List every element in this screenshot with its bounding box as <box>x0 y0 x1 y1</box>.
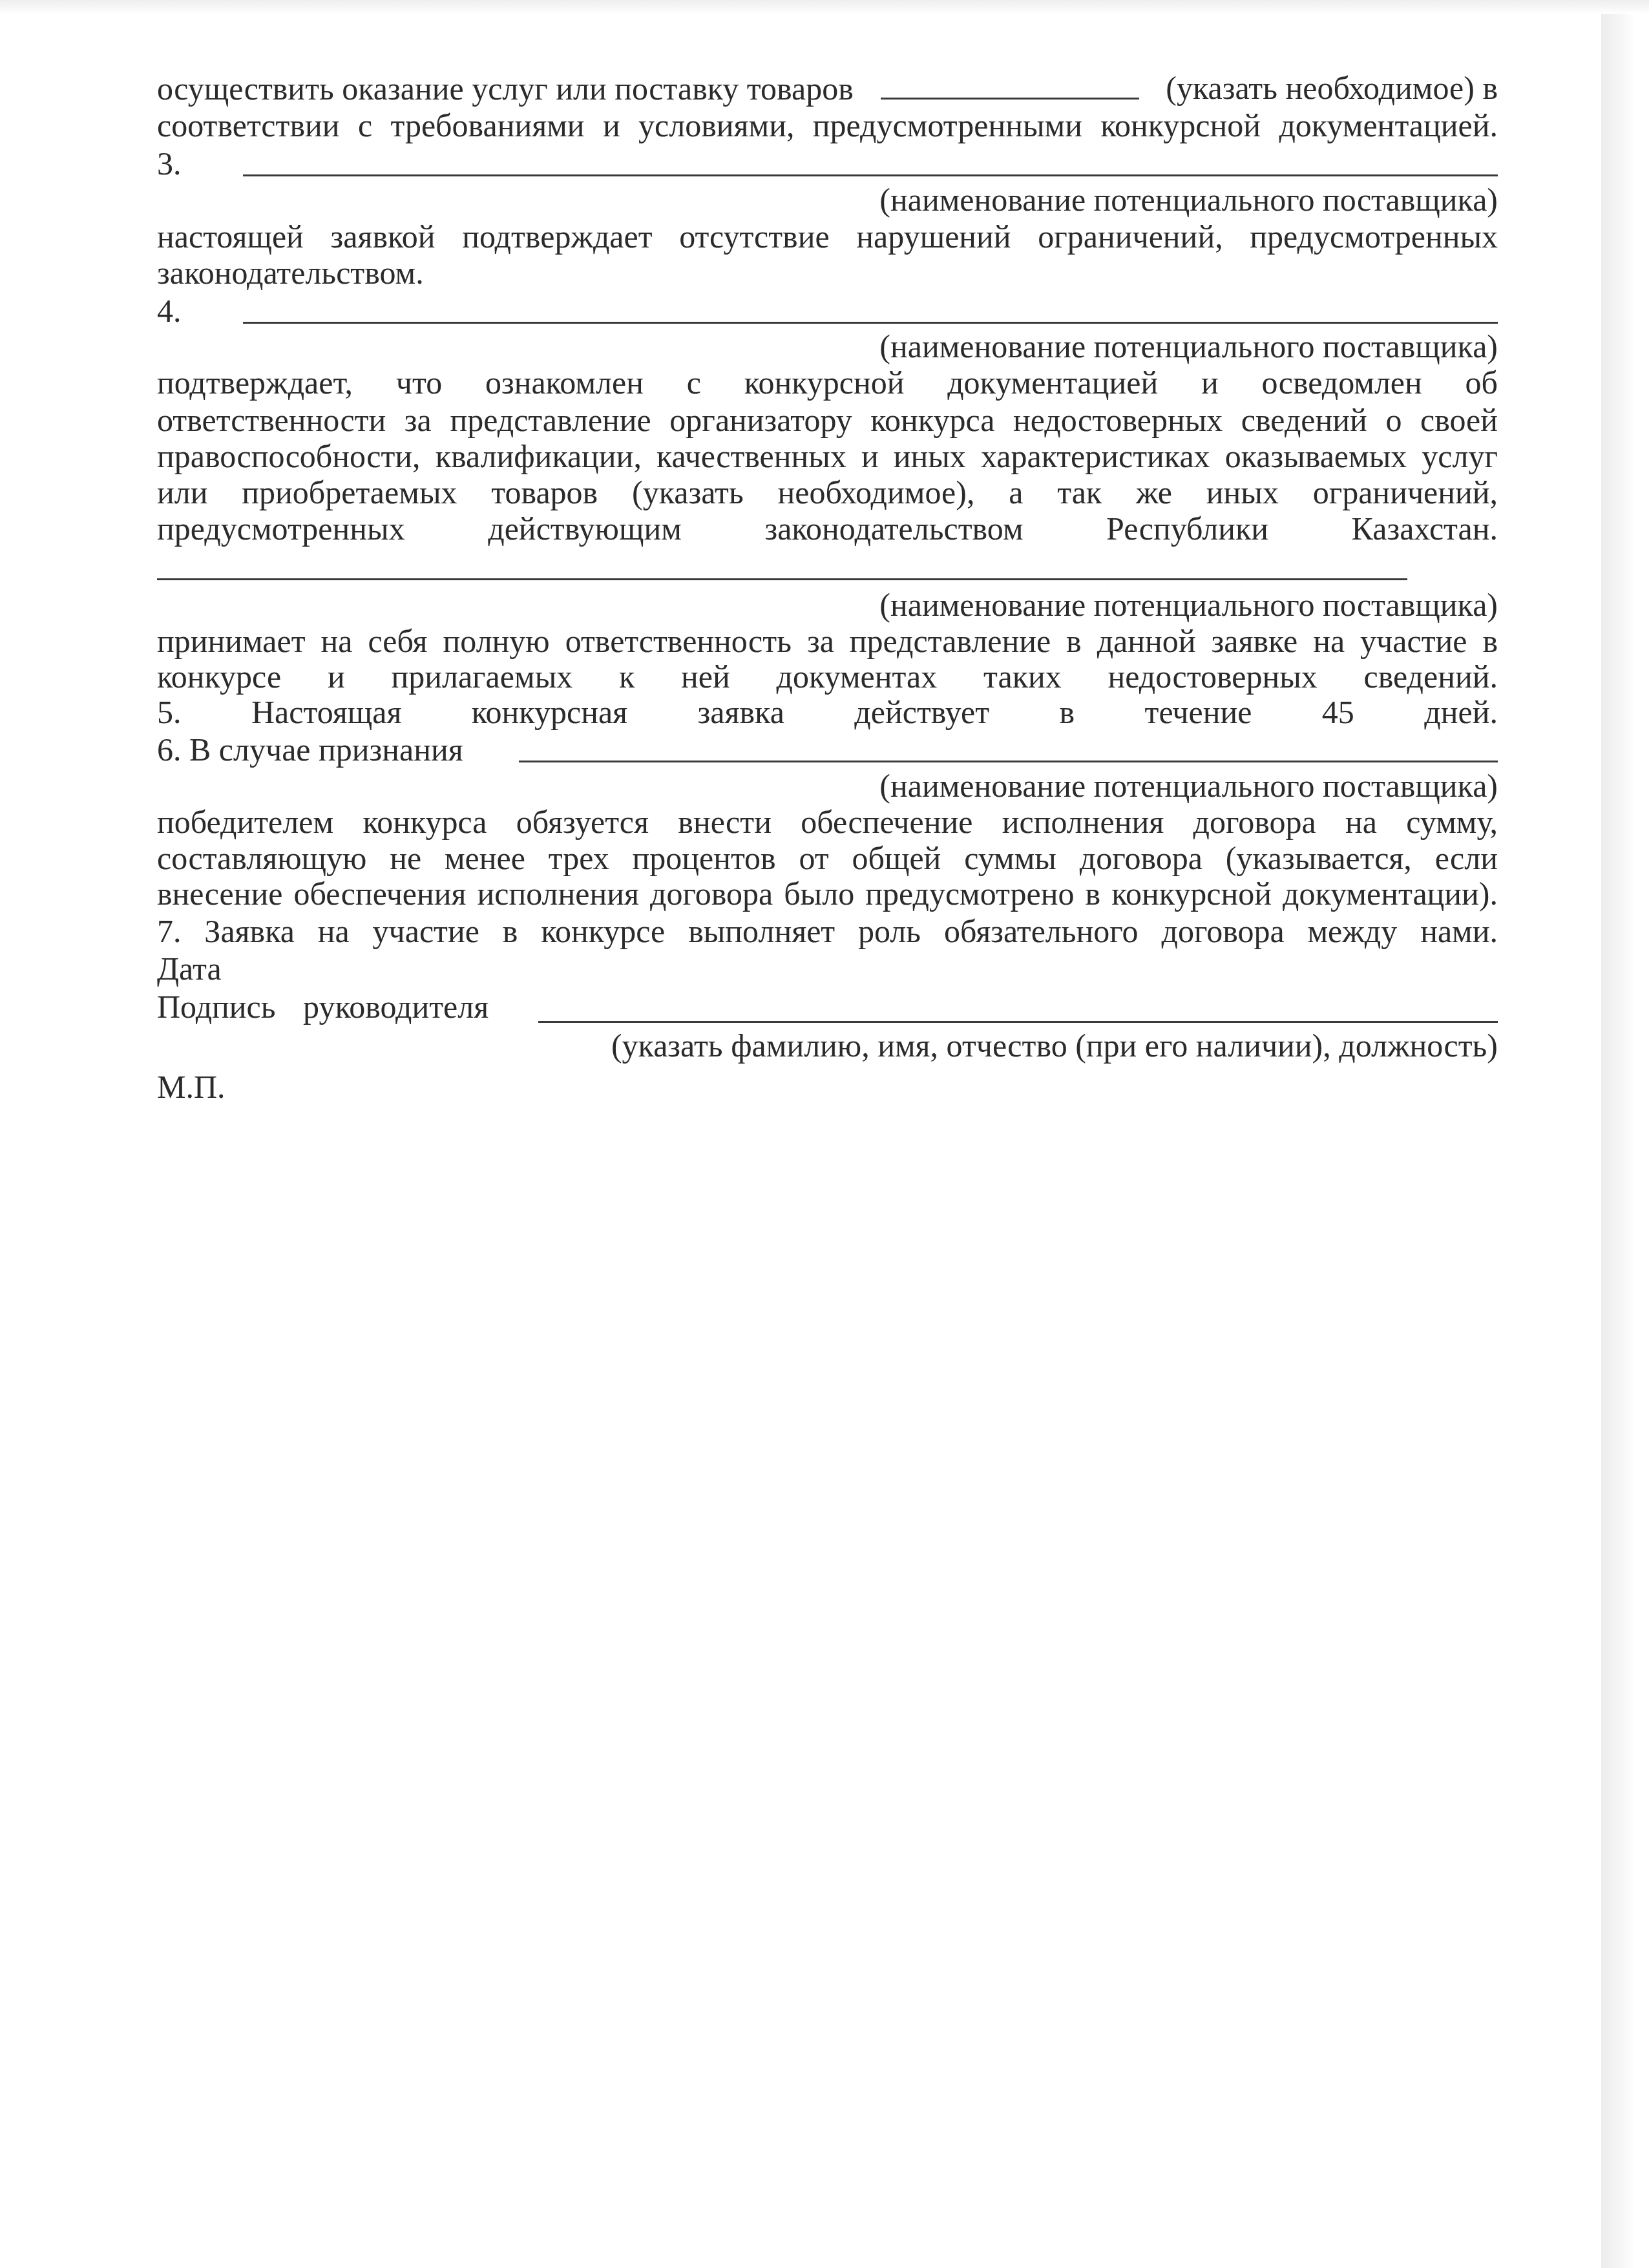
paragraph-line: подтверждает, что ознакомлен с конкурсно… <box>157 364 1498 401</box>
scan-right-edge <box>1601 14 1635 2268</box>
date-label: Дата <box>157 950 1498 987</box>
supplier-caption: (наименование потенциального поставщика) <box>157 181 1498 218</box>
text-segment: 6. В случае признания <box>157 731 463 768</box>
item-7-line: 7. Заявка на участие в конкурсе выполняе… <box>157 912 1498 950</box>
supplier-name-field-3[interactable] <box>243 174 1498 176</box>
paragraph-line: ответственности за представление организ… <box>157 401 1498 439</box>
signature-field[interactable] <box>538 1021 1498 1023</box>
paragraph-line: конкурсе и прилагаемых к ней документах … <box>157 658 1498 695</box>
paragraph-line: предусмотренных действующим законодатель… <box>157 510 1498 547</box>
item-4-line: 4. <box>157 292 1498 330</box>
item-6-line: 6. В случае признания <box>157 731 1498 768</box>
supplier-caption: (наименование потенциального поставщика) <box>157 767 1498 804</box>
paragraph-line: правоспособности, квалификации, качестве… <box>157 437 1498 475</box>
paragraph-line: настоящей заявкой подтверждает отсутстви… <box>157 218 1498 255</box>
item-5-line: 5. Настоящая конкурсная заявка действует… <box>157 693 1498 731</box>
paragraph-line: законодательством. <box>157 254 1498 291</box>
text-segment: осуществить оказание услуг или поставку … <box>157 70 854 107</box>
item-3-line: 3. <box>157 145 1498 182</box>
stamp-label: М.П. <box>157 1068 1498 1106</box>
item-number: 4. <box>157 293 182 329</box>
supplier-name-field-responsibility[interactable] <box>157 578 1407 580</box>
item-number: 3. <box>157 145 182 182</box>
paragraph-line: победителем конкурса обязуется внести об… <box>157 803 1498 841</box>
blank-field-goods[interactable] <box>881 69 1139 100</box>
signature-label: Подпись руководителя <box>157 988 1498 1025</box>
paragraph-line: внесение обеспечения исполнения договора… <box>157 875 1498 912</box>
supplier-name-field-6[interactable] <box>519 761 1498 762</box>
supplier-caption: (наименование потенциального поставщика) <box>157 586 1498 624</box>
supplier-name-field-4[interactable] <box>243 322 1498 324</box>
paragraph-line: осуществить оказание услуг или поставку … <box>157 69 1498 107</box>
paragraph-line: принимает на себя полную ответственность… <box>157 622 1498 660</box>
document-page: осуществить оказание услуг или поставку … <box>157 0 1498 2268</box>
paragraph-line: составляющую не менее трех процентов от … <box>157 839 1498 877</box>
paragraph-line: или приобретаемых товаров (указать необх… <box>157 474 1498 511</box>
paragraph-line: соответствии с требованиями и условиями,… <box>157 107 1498 144</box>
text-segment: (указать необходимое) в <box>1166 69 1498 107</box>
supplier-caption: (наименование потенциального поставщика) <box>157 328 1498 365</box>
signature-caption: (указать фамилию, имя, отчество (при его… <box>157 1027 1498 1064</box>
